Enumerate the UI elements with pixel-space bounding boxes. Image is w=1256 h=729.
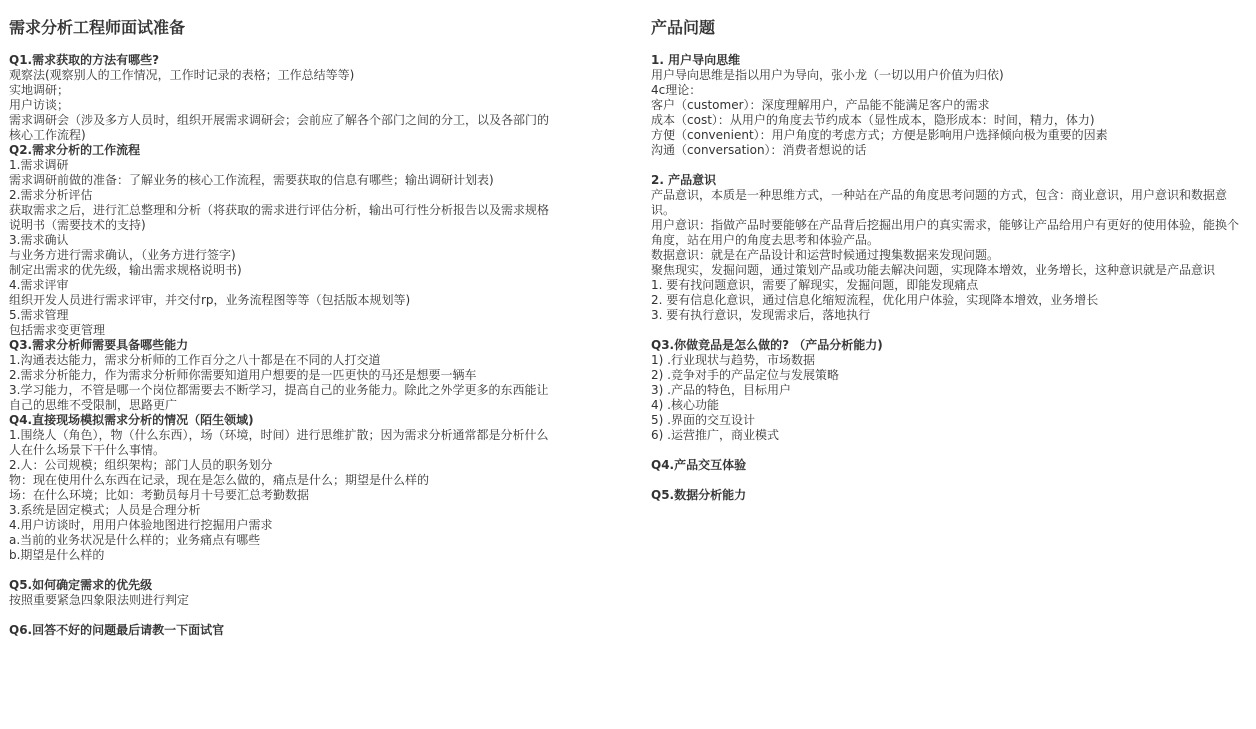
section-q4: Q4.直接现场模拟需求分析的情况（陌生领域) 1.围绕人（角色），物（什么东西）… xyxy=(9,413,559,563)
section-q1: Q1.需求获取的方法有哪些? 观察法(观察别人的工作情况，工作时记录的表格；工作… xyxy=(9,53,559,143)
section-interaction-experience: Q4.产品交互体验 xyxy=(651,458,1241,473)
text-line: a.当前的业务状况是什么样的；业务痛点有哪些 xyxy=(9,533,559,548)
text-line: 用户意识：指做产品时要能够在产品背后挖掘出用户的真实需求，能够让产品给用户有更好… xyxy=(651,218,1241,248)
text-line: 3. 要有执行意识，发现需求后，落地执行 xyxy=(651,308,1241,323)
text-line: 4) .核心功能 xyxy=(651,398,1241,413)
text-line: b.期望是什么样的 xyxy=(9,548,559,563)
text-line: 1.沟通表达能力，需求分析师的工作百分之八十都是在不同的人打交道 xyxy=(9,353,559,368)
section-heading: Q4.直接现场模拟需求分析的情况（陌生领域) xyxy=(9,413,559,428)
text-line: 3.需求确认 xyxy=(9,233,559,248)
text-line: 用户导向思维是指以用户为导向，张小龙（一切以用户价值为归依) xyxy=(651,68,1241,83)
text-line: 2.需求分析评估 xyxy=(9,188,559,203)
page-title: 需求分析工程师面试准备 xyxy=(9,17,559,39)
section-q3: Q3.需求分析师需要具备哪些能力 1.沟通表达能力，需求分析师的工作百分之八十都… xyxy=(9,338,559,413)
text-line: 需求调研会（涉及多方人员时，组织开展需求调研会；会前应了解各个部门之间的分工，以… xyxy=(9,113,559,143)
text-line: 物：现在使用什么东西在记录，现在是怎么做的，痛点是什么；期望是什么样的 xyxy=(9,473,559,488)
text-line: 2.人：公司规模；组织架构；部门人员的职务划分 xyxy=(9,458,559,473)
text-line: 沟通（conversation）：消费者想说的话 xyxy=(651,143,1241,158)
text-line: 4c理论： xyxy=(651,83,1241,98)
section-heading: Q3.你做竞品是怎么做的? （产品分析能力) xyxy=(651,338,1241,353)
section-heading: Q5.如何确定需求的优先级 xyxy=(9,578,559,593)
text-line: 数据意识：就是在产品设计和运营时候通过搜集数据来发现问题。 xyxy=(651,248,1241,263)
left-column: 需求分析工程师面试准备 Q1.需求获取的方法有哪些? 观察法(观察别人的工作情况… xyxy=(9,17,559,638)
section-data-analysis: Q5.数据分析能力 xyxy=(651,488,1241,503)
text-line: 4.用户访谈时，用用户体验地图进行挖掘用户需求 xyxy=(9,518,559,533)
section-heading: 2. 产品意识 xyxy=(651,173,1241,188)
section-user-oriented-thinking: 1. 用户导向思维 用户导向思维是指以用户为导向，张小龙（一切以用户价值为归依)… xyxy=(651,53,1241,158)
right-column: 产品问题 1. 用户导向思维 用户导向思维是指以用户为导向，张小龙（一切以用户价… xyxy=(651,17,1241,503)
text-line: 1. 要有找问题意识，需要了解现实，发掘问题，即能发现痛点 xyxy=(651,278,1241,293)
section-q5: Q5.如何确定需求的优先级 按照重要紧急四象限法则进行判定 xyxy=(9,578,559,608)
text-line: 4.需求评审 xyxy=(9,278,559,293)
text-line: 实地调研； xyxy=(9,83,559,98)
text-line: 制定出需求的优先级，输出需求规格说明书) xyxy=(9,263,559,278)
text-line: 获取需求之后，进行汇总整理和分析（将获取的需求进行评估分析，输出可行性分析报告以… xyxy=(9,203,559,233)
text-line: 按照重要紧急四象限法则进行判定 xyxy=(9,593,559,608)
text-line: 2. 要有信息化意识，通过信息化缩短流程，优化用户体验，实现降本增效，业务增长 xyxy=(651,293,1241,308)
text-line: 与业务方进行需求确认，（业务方进行签字) xyxy=(9,248,559,263)
text-line: 3.系统是固定模式；人员是合理分析 xyxy=(9,503,559,518)
section-heading: Q6.回答不好的问题最后请教一下面试官 xyxy=(9,623,559,638)
text-line: 5) .界面的交互设计 xyxy=(651,413,1241,428)
section-heading: 1. 用户导向思维 xyxy=(651,53,1241,68)
text-line: 包括需求变更管理 xyxy=(9,323,559,338)
text-line: 观察法(观察别人的工作情况，工作时记录的表格；工作总结等等) xyxy=(9,68,559,83)
text-line: 2.需求分析能力，作为需求分析师你需要知道用户想要的是一匹更快的马还是想要一辆车 xyxy=(9,368,559,383)
section-heading: Q4.产品交互体验 xyxy=(651,458,1241,473)
text-line: 方便（convenient）：用户角度的考虑方式；方便是影响用户选择倾向极为重要… xyxy=(651,128,1241,143)
text-line: 需求调研前做的准备：了解业务的核心工作流程，需要获取的信息有哪些；输出调研计划表… xyxy=(9,173,559,188)
text-line: 聚焦现实，发掘问题，通过策划产品或功能去解决问题，实现降本增效，业务增长，这种意… xyxy=(651,263,1241,278)
text-line: 5.需求管理 xyxy=(9,308,559,323)
text-line: 成本（cost）：从用户的角度去节约成本（显性成本，隐形成本：时间，精力，体力) xyxy=(651,113,1241,128)
section-heading: Q5.数据分析能力 xyxy=(651,488,1241,503)
section-heading: Q2.需求分析的工作流程 xyxy=(9,143,559,158)
text-line: 3) .产品的特色，目标用户 xyxy=(651,383,1241,398)
text-line: 用户访谈； xyxy=(9,98,559,113)
text-line: 1.围绕人（角色），物（什么东西），场（环境，时间）进行思维扩散；因为需求分析通… xyxy=(9,428,559,458)
page-title: 产品问题 xyxy=(651,17,1241,39)
section-q6: Q6.回答不好的问题最后请教一下面试官 xyxy=(9,623,559,638)
text-line: 客户（customer）：深度理解用户，产品能不能满足客户的需求 xyxy=(651,98,1241,113)
text-line: 产品意识，本质是一种思维方式，一种站在产品的角度思考问题的方式，包含：商业意识，… xyxy=(651,188,1241,218)
text-line: 组织开发人员进行需求评审，并交付rp，业务流程图等等（包括版本规划等) xyxy=(9,293,559,308)
text-line: 1) .行业现状与趋势，市场数据 xyxy=(651,353,1241,368)
text-line: 场：在什么环境；比如：考勤员每月十号要汇总考勤数据 xyxy=(9,488,559,503)
text-line: 3.学习能力，不管是哪一个岗位都需要去不断学习，提高自己的业务能力。除此之外学更… xyxy=(9,383,559,413)
section-heading: Q3.需求分析师需要具备哪些能力 xyxy=(9,338,559,353)
section-product-awareness: 2. 产品意识 产品意识，本质是一种思维方式，一种站在产品的角度思考问题的方式，… xyxy=(651,173,1241,323)
section-competitor-analysis: Q3.你做竞品是怎么做的? （产品分析能力) 1) .行业现状与趋势，市场数据 … xyxy=(651,338,1241,443)
text-line: 6) .运营推广，商业模式 xyxy=(651,428,1241,443)
section-heading: Q1.需求获取的方法有哪些? xyxy=(9,53,559,68)
text-line: 2) .竞争对手的产品定位与发展策略 xyxy=(651,368,1241,383)
section-q2: Q2.需求分析的工作流程 1.需求调研 需求调研前做的准备：了解业务的核心工作流… xyxy=(9,143,559,338)
text-line: 1.需求调研 xyxy=(9,158,559,173)
